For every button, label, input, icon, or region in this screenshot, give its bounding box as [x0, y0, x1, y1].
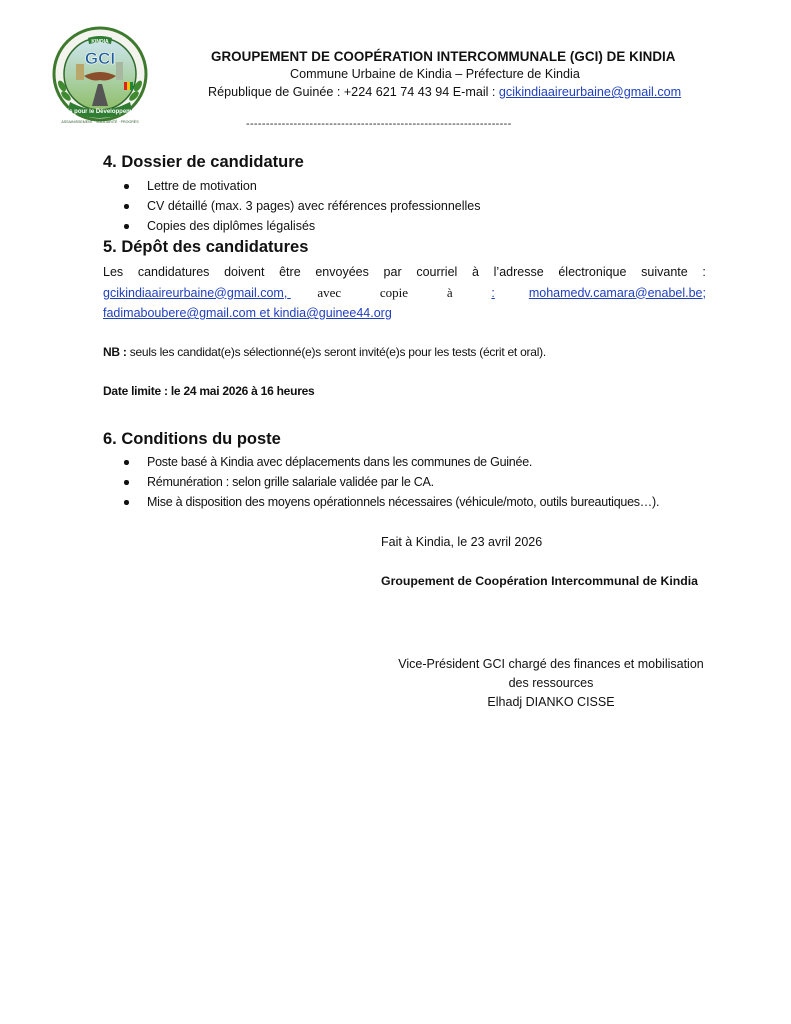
bullet-icon	[124, 500, 129, 505]
section-5-title: 5. Dépôt des candidatures	[103, 238, 308, 257]
word: par	[384, 262, 402, 283]
header-email-link[interactable]: gcikindiaaireurbaine@gmail.com	[499, 85, 681, 99]
list-item: Mise à disposition des moyens opérationn…	[124, 492, 659, 512]
email-link-gci-underline[interactable]	[287, 283, 317, 304]
conjunction-et: et	[260, 306, 270, 320]
submission-line-3: fadimaboubere@gmail.com et kindia@guinee…	[103, 303, 706, 324]
list-item: Rémunération : selon grille salariale va…	[124, 472, 659, 492]
email-link-gci[interactable]: gcikindiaaireurbaine@gmail.com,	[103, 286, 287, 300]
header-title: GROUPEMENT DE COOPÉRATION INTERCOMMUNALE…	[211, 49, 676, 64]
signatory-role-line-1: Vice-Président GCI chargé des finances e…	[365, 655, 737, 674]
signatory-role-line-2: des ressources	[365, 674, 737, 693]
svg-text:Unis pour le Développement: Unis pour le Développement	[59, 109, 140, 115]
list-item: Lettre de motivation	[124, 176, 481, 196]
submission-line-1: Lescandidaturesdoiventêtreenvoyéesparcou…	[103, 262, 706, 283]
list-item: Copies des diplômes légalisés	[124, 216, 481, 236]
word: envoyées	[315, 262, 369, 283]
email-link-fadima[interactable]: fadimaboubere@gmail.com	[103, 306, 256, 320]
email-link-camara[interactable]: :mohamedv.camara@enabel.be;	[491, 283, 706, 304]
word: Les	[103, 262, 123, 283]
bullet-icon	[124, 460, 129, 465]
word: courriel	[416, 262, 457, 283]
signatory-block: Vice-Président GCI chargé des finances e…	[365, 655, 737, 712]
svg-text:ASSAINISSEMENT · SOLIDARITÉ ·: ASSAINISSEMENT · SOLIDARITÉ · PROGRÈS	[61, 119, 139, 124]
word: candidatures	[138, 262, 210, 283]
deadline: Date limite : le 24 mai 2026 à 16 heures	[103, 384, 314, 398]
submission-line-2: gcikindiaaireurbaine@gmail.com, avec cop…	[103, 283, 706, 304]
header-subtitle: Commune Urbaine de Kindia – Préfecture d…	[290, 67, 580, 81]
place-date: Fait à Kindia, le 23 avril 2026	[381, 535, 542, 549]
section-6-title: 6. Conditions du poste	[103, 430, 281, 449]
nb-note: NB : seuls les candidat(e)s sélectionné(…	[103, 345, 546, 359]
bullet-icon	[124, 480, 129, 485]
section-6-list: Poste basé à Kindia avec déplacements da…	[124, 452, 659, 512]
section-4-title: 4. Dossier de candidature	[103, 153, 304, 172]
email-link-kindia[interactable]: kindia@guinee44.org	[273, 306, 391, 320]
nb-label: NB :	[103, 345, 127, 359]
word: :	[702, 262, 705, 283]
list-item: CV détaillé (max. 3 pages) avec référenc…	[124, 196, 481, 216]
word: doivent	[224, 262, 264, 283]
section-4-list: Lettre de motivation CV détaillé (max. 3…	[124, 176, 481, 236]
header-contact: République de Guinée : +224 621 74 43 94…	[208, 85, 681, 99]
word: être	[279, 262, 301, 283]
bullet-icon	[124, 204, 129, 209]
list-item: Poste basé à Kindia avec déplacements da…	[124, 452, 659, 472]
nb-text: seuls les candidat(e)s sélectionné(e)s s…	[127, 345, 546, 359]
bullet-icon	[124, 184, 129, 189]
word: suivante	[641, 262, 688, 283]
svg-text:KINDIA: KINDIA	[91, 39, 109, 45]
gci-emblem-icon: GCI Unis pour le Développement KINDIA AS…	[48, 24, 152, 128]
gci-logo: GCI Unis pour le Développement KINDIA AS…	[48, 24, 152, 128]
svg-text:GCI: GCI	[85, 49, 115, 68]
word: l’adresse	[494, 262, 544, 283]
submission-paragraph: Lescandidaturesdoiventêtreenvoyéesparcou…	[103, 262, 706, 324]
signatory-name: Elhadj DIANKO CISSE	[365, 693, 737, 712]
word: électronique	[558, 262, 626, 283]
word: à	[472, 262, 479, 283]
signing-organization: Groupement de Coopération Intercommunal …	[381, 574, 698, 588]
bullet-icon	[124, 224, 129, 229]
header-contact-text: République de Guinée : +224 621 74 43 94…	[208, 85, 499, 99]
header-separator: ----------------------------------------…	[246, 118, 512, 130]
